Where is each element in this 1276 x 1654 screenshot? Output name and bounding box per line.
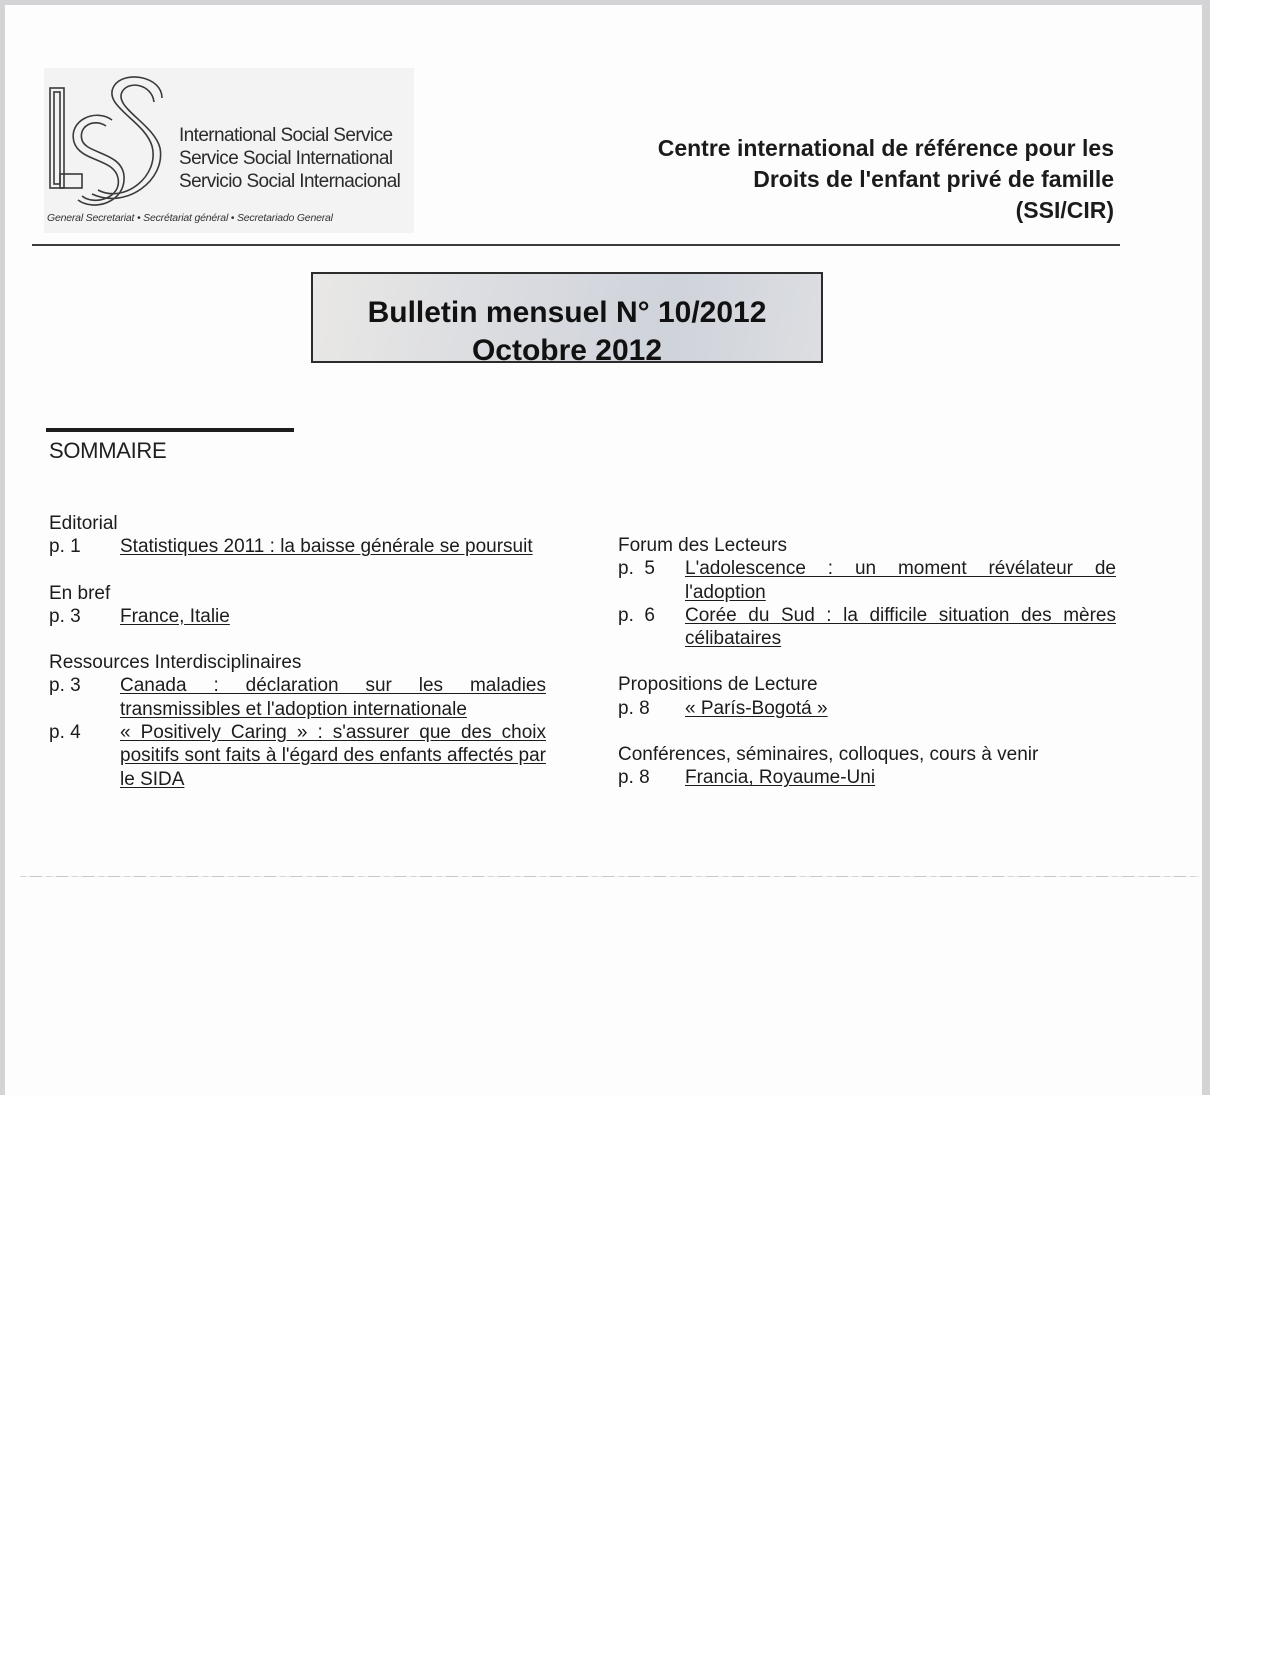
sommaire-rule xyxy=(46,428,294,432)
toc-link[interactable]: Statistiques 2011 : la baisse générale s… xyxy=(120,535,546,558)
bulletin-title: Bulletin mensuel N° 10/2012 xyxy=(313,294,821,332)
toc-entry: p. 3 France, Italie xyxy=(49,605,546,628)
section-en-bref: En bref p. 3 France, Italie xyxy=(49,582,546,629)
toc-link[interactable]: « París-Bogotá » xyxy=(685,697,828,720)
logo-line-es: Servicio Social Internacional xyxy=(179,170,400,193)
centre-heading-line-1: Centre international de référence pour l… xyxy=(658,133,1114,164)
toc-entry: p. 3 Canada : déclaration sur les maladi… xyxy=(49,674,546,721)
toc-link[interactable]: Canada : déclaration sur les maladies tr… xyxy=(120,674,546,721)
page-number: p. 8 xyxy=(618,766,685,789)
section-conferences: Conférences, séminaires, colloques, cour… xyxy=(618,743,1116,790)
logo-subtitle: General Secretariat • Secrétariat généra… xyxy=(47,212,333,224)
page-number: p. 4 xyxy=(49,721,120,791)
sommaire-left-column: Editorial p. 1 Statistiques 2011 : la ba… xyxy=(49,512,546,814)
toc-entry: p. 8 « París-Bogotá » xyxy=(618,697,1116,720)
page-number: p. 6 xyxy=(618,604,685,651)
logo-organization-names: International Social Service Service Soc… xyxy=(179,124,400,193)
iss-logo: International Social Service Service Soc… xyxy=(44,68,414,233)
section-forum: Forum des Lecteurs p. 5 L'adolescence : … xyxy=(618,534,1116,650)
logo-line-en: International Social Service xyxy=(179,124,400,147)
toc-link[interactable]: Corée du Sud : la difficile situation de… xyxy=(685,604,1116,651)
section-title: Ressources Interdisciplinaires xyxy=(49,651,546,674)
centre-heading-line-3: (SSI/CIR) xyxy=(658,195,1114,226)
sommaire-right-column: Forum des Lecteurs p. 5 L'adolescence : … xyxy=(618,534,1116,813)
toc-link[interactable]: Francia, Royaume-Uni xyxy=(685,766,875,789)
section-title: Forum des Lecteurs xyxy=(618,534,1116,557)
page-frame-right xyxy=(1202,0,1210,1095)
section-title: Propositions de Lecture xyxy=(618,673,1116,696)
page-number: p. 3 xyxy=(49,605,120,628)
toc-entry: p. 4 « Positively Caring » : s'assurer q… xyxy=(49,721,546,791)
centre-heading: Centre international de référence pour l… xyxy=(658,133,1114,226)
section-title: Conférences, séminaires, colloques, cour… xyxy=(618,743,1116,766)
section-title: Editorial xyxy=(49,512,546,535)
toc-entry: p. 6 Corée du Sud : la difficile situati… xyxy=(618,604,1116,651)
logo-line-fr: Service Social International xyxy=(179,147,400,170)
toc-link[interactable]: L'adolescence : un moment révélateur de … xyxy=(685,557,1116,604)
sommaire-title: SOMMAIRE xyxy=(49,438,166,464)
bulletin-date: Octobre 2012 xyxy=(313,332,821,370)
toc-entry: p. 8 Francia, Royaume-Uni xyxy=(618,766,1116,789)
section-propositions: Propositions de Lecture p. 8 « París-Bog… xyxy=(618,673,1116,720)
bulletin-title-box: Bulletin mensuel N° 10/2012 Octobre 2012 xyxy=(311,272,823,363)
page-number: p. 5 xyxy=(618,557,685,604)
toc-entry: p. 1 Statistiques 2011 : la baisse génér… xyxy=(49,535,546,558)
toc-link[interactable]: « Positively Caring » : s'assurer que de… xyxy=(120,721,546,791)
section-ressources: Ressources Interdisciplinaires p. 3 Cana… xyxy=(49,651,546,791)
centre-heading-line-2: Droits de l'enfant privé de famille xyxy=(658,164,1114,195)
toc-link[interactable]: France, Italie xyxy=(120,605,546,628)
header-divider xyxy=(32,244,1120,246)
section-editorial: Editorial p. 1 Statistiques 2011 : la ba… xyxy=(49,512,546,559)
page-number: p. 1 xyxy=(49,535,120,558)
page-number: p. 8 xyxy=(618,697,685,720)
iss-monogram-icon xyxy=(44,68,179,208)
toc-entry: p. 5 L'adolescence : un moment révélateu… xyxy=(618,557,1116,604)
page-number: p. 3 xyxy=(49,674,120,721)
scan-fold-line xyxy=(20,876,1200,877)
section-title: En bref xyxy=(49,582,546,605)
